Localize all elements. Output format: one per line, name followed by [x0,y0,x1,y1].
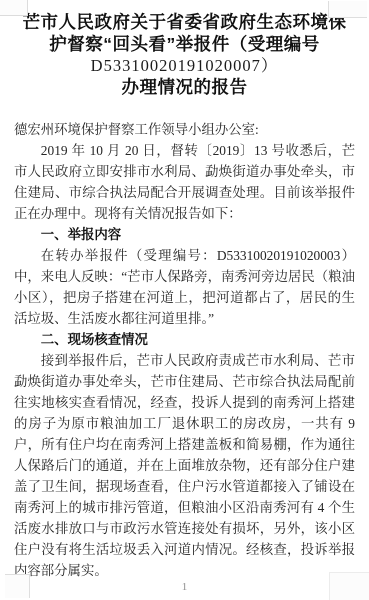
page-corner-mark-top-left [0,0,28,16]
intro-paragraph: 2019 年 10 月 20 日，督转〔2019〕13 号收悉后，芒市人民政府立… [14,140,355,224]
document-title: 芒市人民政府关于省委省政府生态环境保 护督察“回头看”举报件（受理编号 D533… [14,12,355,98]
section-2-heading: 二、现场核查情况 [14,329,355,350]
document-title-line-2: 护督察“回头看”举报件（受理编号 [14,34,355,56]
document-title-line-1: 芒市人民政府关于省委省政府生态环境保 [14,12,355,34]
page-corner-mark-top-right [328,1,367,18]
document-body: 德宏州环境保护督察工作领导小组办公室: 2019 年 10 月 20 日，督转〔… [14,119,355,581]
page-number: 1 [0,581,369,593]
document-page: 芒市人民政府关于省委省政府生态环境保 护督察“回头看”举报件（受理编号 D533… [0,0,369,600]
section-2-body: 接到举报件后，芒市人民政府责成芒市水利局、芒市勐焕街道办事处牵头，芒市住建局、芒… [14,350,355,581]
document-title-case-number: D53310020191020007） [14,55,355,77]
recipient-line: 德宏州环境保护督察工作领导小组办公室: [14,119,355,140]
document-title-line-4: 办理情况的报告 [14,77,355,99]
section-1-heading: 一、举报内容 [14,224,355,245]
section-1-body: 在转办举报件（受理编号：D53310020191020003）中，来电人反映：“… [14,245,355,329]
